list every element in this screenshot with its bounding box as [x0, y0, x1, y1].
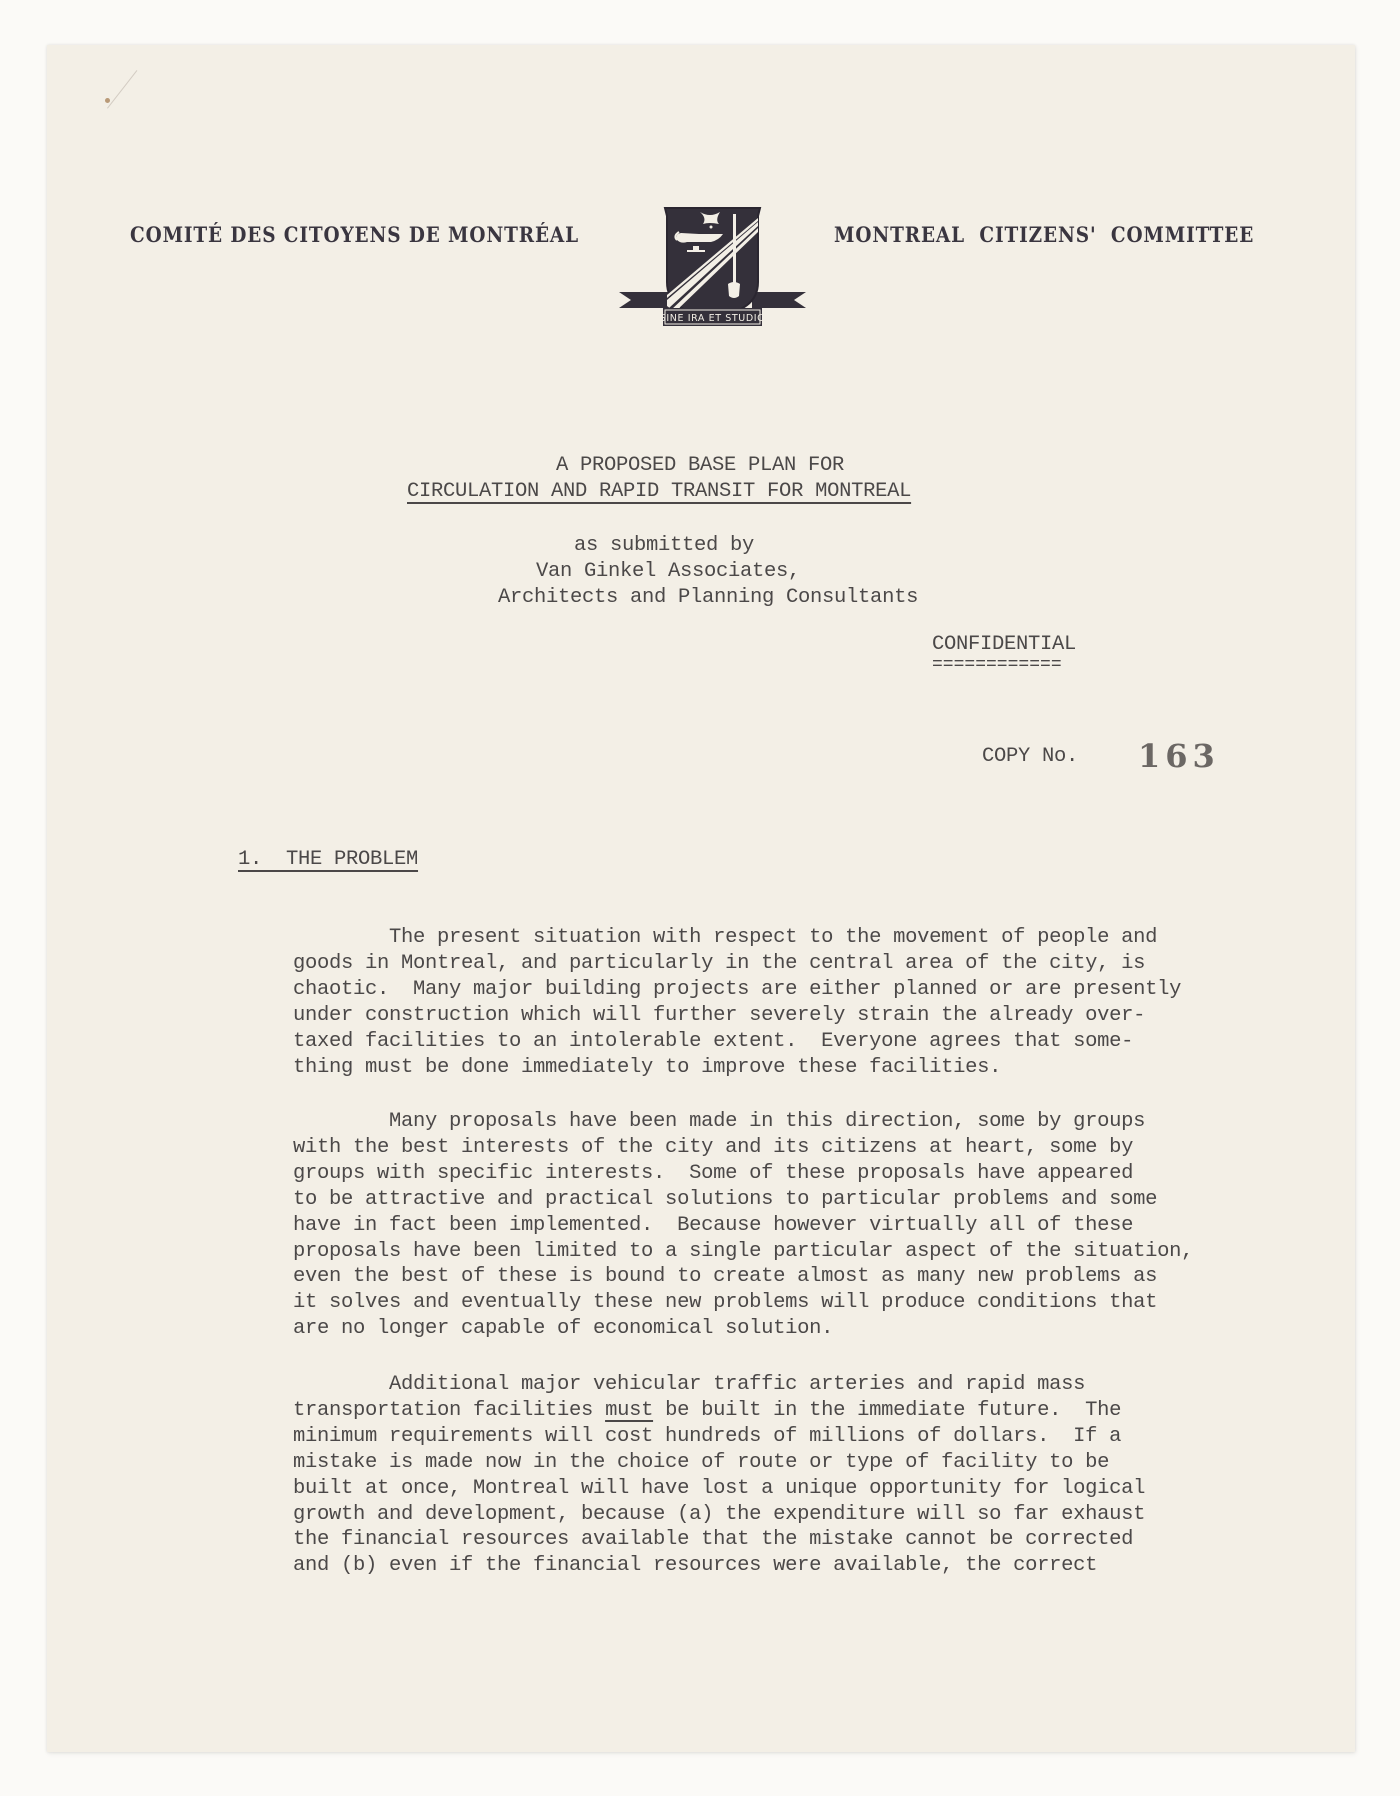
crest-icon: SINE IRA ET STUDIO — [615, 200, 810, 332]
submitted-by-label: as submitted by — [574, 533, 754, 559]
paragraph-line: taxed facilities to an intolerable exten… — [293, 1029, 1181, 1055]
section-heading: 1. THE PROBLEM — [238, 847, 418, 873]
paragraph-line: built at once, Montreal will have lost a… — [293, 1476, 1145, 1502]
paragraph-line: mistake is made now in the choice of rou… — [293, 1450, 1145, 1476]
paragraph-line: minimum requirements will cost hundreds … — [293, 1424, 1145, 1450]
line-segment: transportation facilities — [293, 1399, 605, 1422]
paragraph-3: Additional major vehicular traffic arter… — [293, 1372, 1145, 1579]
paragraph-line: are no longer capable of economical solu… — [293, 1316, 1193, 1342]
paragraph-line-with-emphasis: transportation facilities must be built … — [293, 1398, 1145, 1424]
copy-number-label: COPY No. — [982, 744, 1078, 770]
paragraph-line: thing must be done immediately to improv… — [293, 1055, 1181, 1081]
paragraph-line: The present situation with respect to th… — [293, 925, 1181, 951]
document-title-line-1: A PROPOSED BASE PLAN FOR — [0, 453, 1400, 479]
paragraph-line: Additional major vehicular traffic arter… — [293, 1372, 1145, 1398]
paragraph-line: the financial resources available that t… — [293, 1527, 1145, 1553]
paragraph-line: proposals have been limited to a single … — [293, 1239, 1193, 1265]
paragraph-line: growth and development, because (a) the … — [293, 1502, 1145, 1528]
paragraph-line: have in fact been implemented. Because h… — [293, 1213, 1193, 1239]
paragraph-line: groups with specific interests. Some of … — [293, 1161, 1193, 1187]
line-segment: be built in the immediate future. The — [653, 1399, 1121, 1422]
pin-hole-mark — [105, 98, 110, 103]
paragraph-2: Many proposals have been made in this di… — [293, 1109, 1193, 1342]
submitter-name: Van Ginkel Associates, — [536, 559, 800, 585]
paragraph-line: chaotic. Many major building projects ar… — [293, 977, 1181, 1003]
paragraph-line: goods in Montreal, and particularly in t… — [293, 951, 1181, 977]
paragraph-line: to be attractive and practical solutions… — [293, 1187, 1193, 1213]
copy-number-stamp: 163 — [1138, 737, 1220, 775]
paragraph-line: with the best interests of the city and … — [293, 1135, 1193, 1161]
paragraph-line: it solves and eventually these new probl… — [293, 1290, 1193, 1316]
paragraph-1: The present situation with respect to th… — [293, 925, 1181, 1080]
document-title-line-2: CIRCULATION AND RAPID TRANSIT FOR MONTRE… — [407, 479, 911, 505]
confidential-double-rule: ============ — [932, 652, 1062, 678]
paragraph-line: and (b) even if the financial resources … — [293, 1553, 1145, 1579]
submitter-description: Architects and Planning Consultants — [498, 585, 918, 611]
letterhead-french: COMITÉ DES CITOYENS DE MONTRÉAL — [130, 222, 579, 247]
paragraph-line: Many proposals have been made in this di… — [293, 1109, 1193, 1135]
paragraph-line: under construction which will further se… — [293, 1003, 1181, 1029]
crest-motto: SINE IRA ET STUDIO — [660, 313, 766, 324]
paragraph-line: even the best of these is bound to creat… — [293, 1264, 1193, 1290]
letterhead-english: MONTREAL CITIZENS' COMMITTEE — [834, 222, 1254, 247]
emphasized-word-must: must — [605, 1399, 653, 1422]
